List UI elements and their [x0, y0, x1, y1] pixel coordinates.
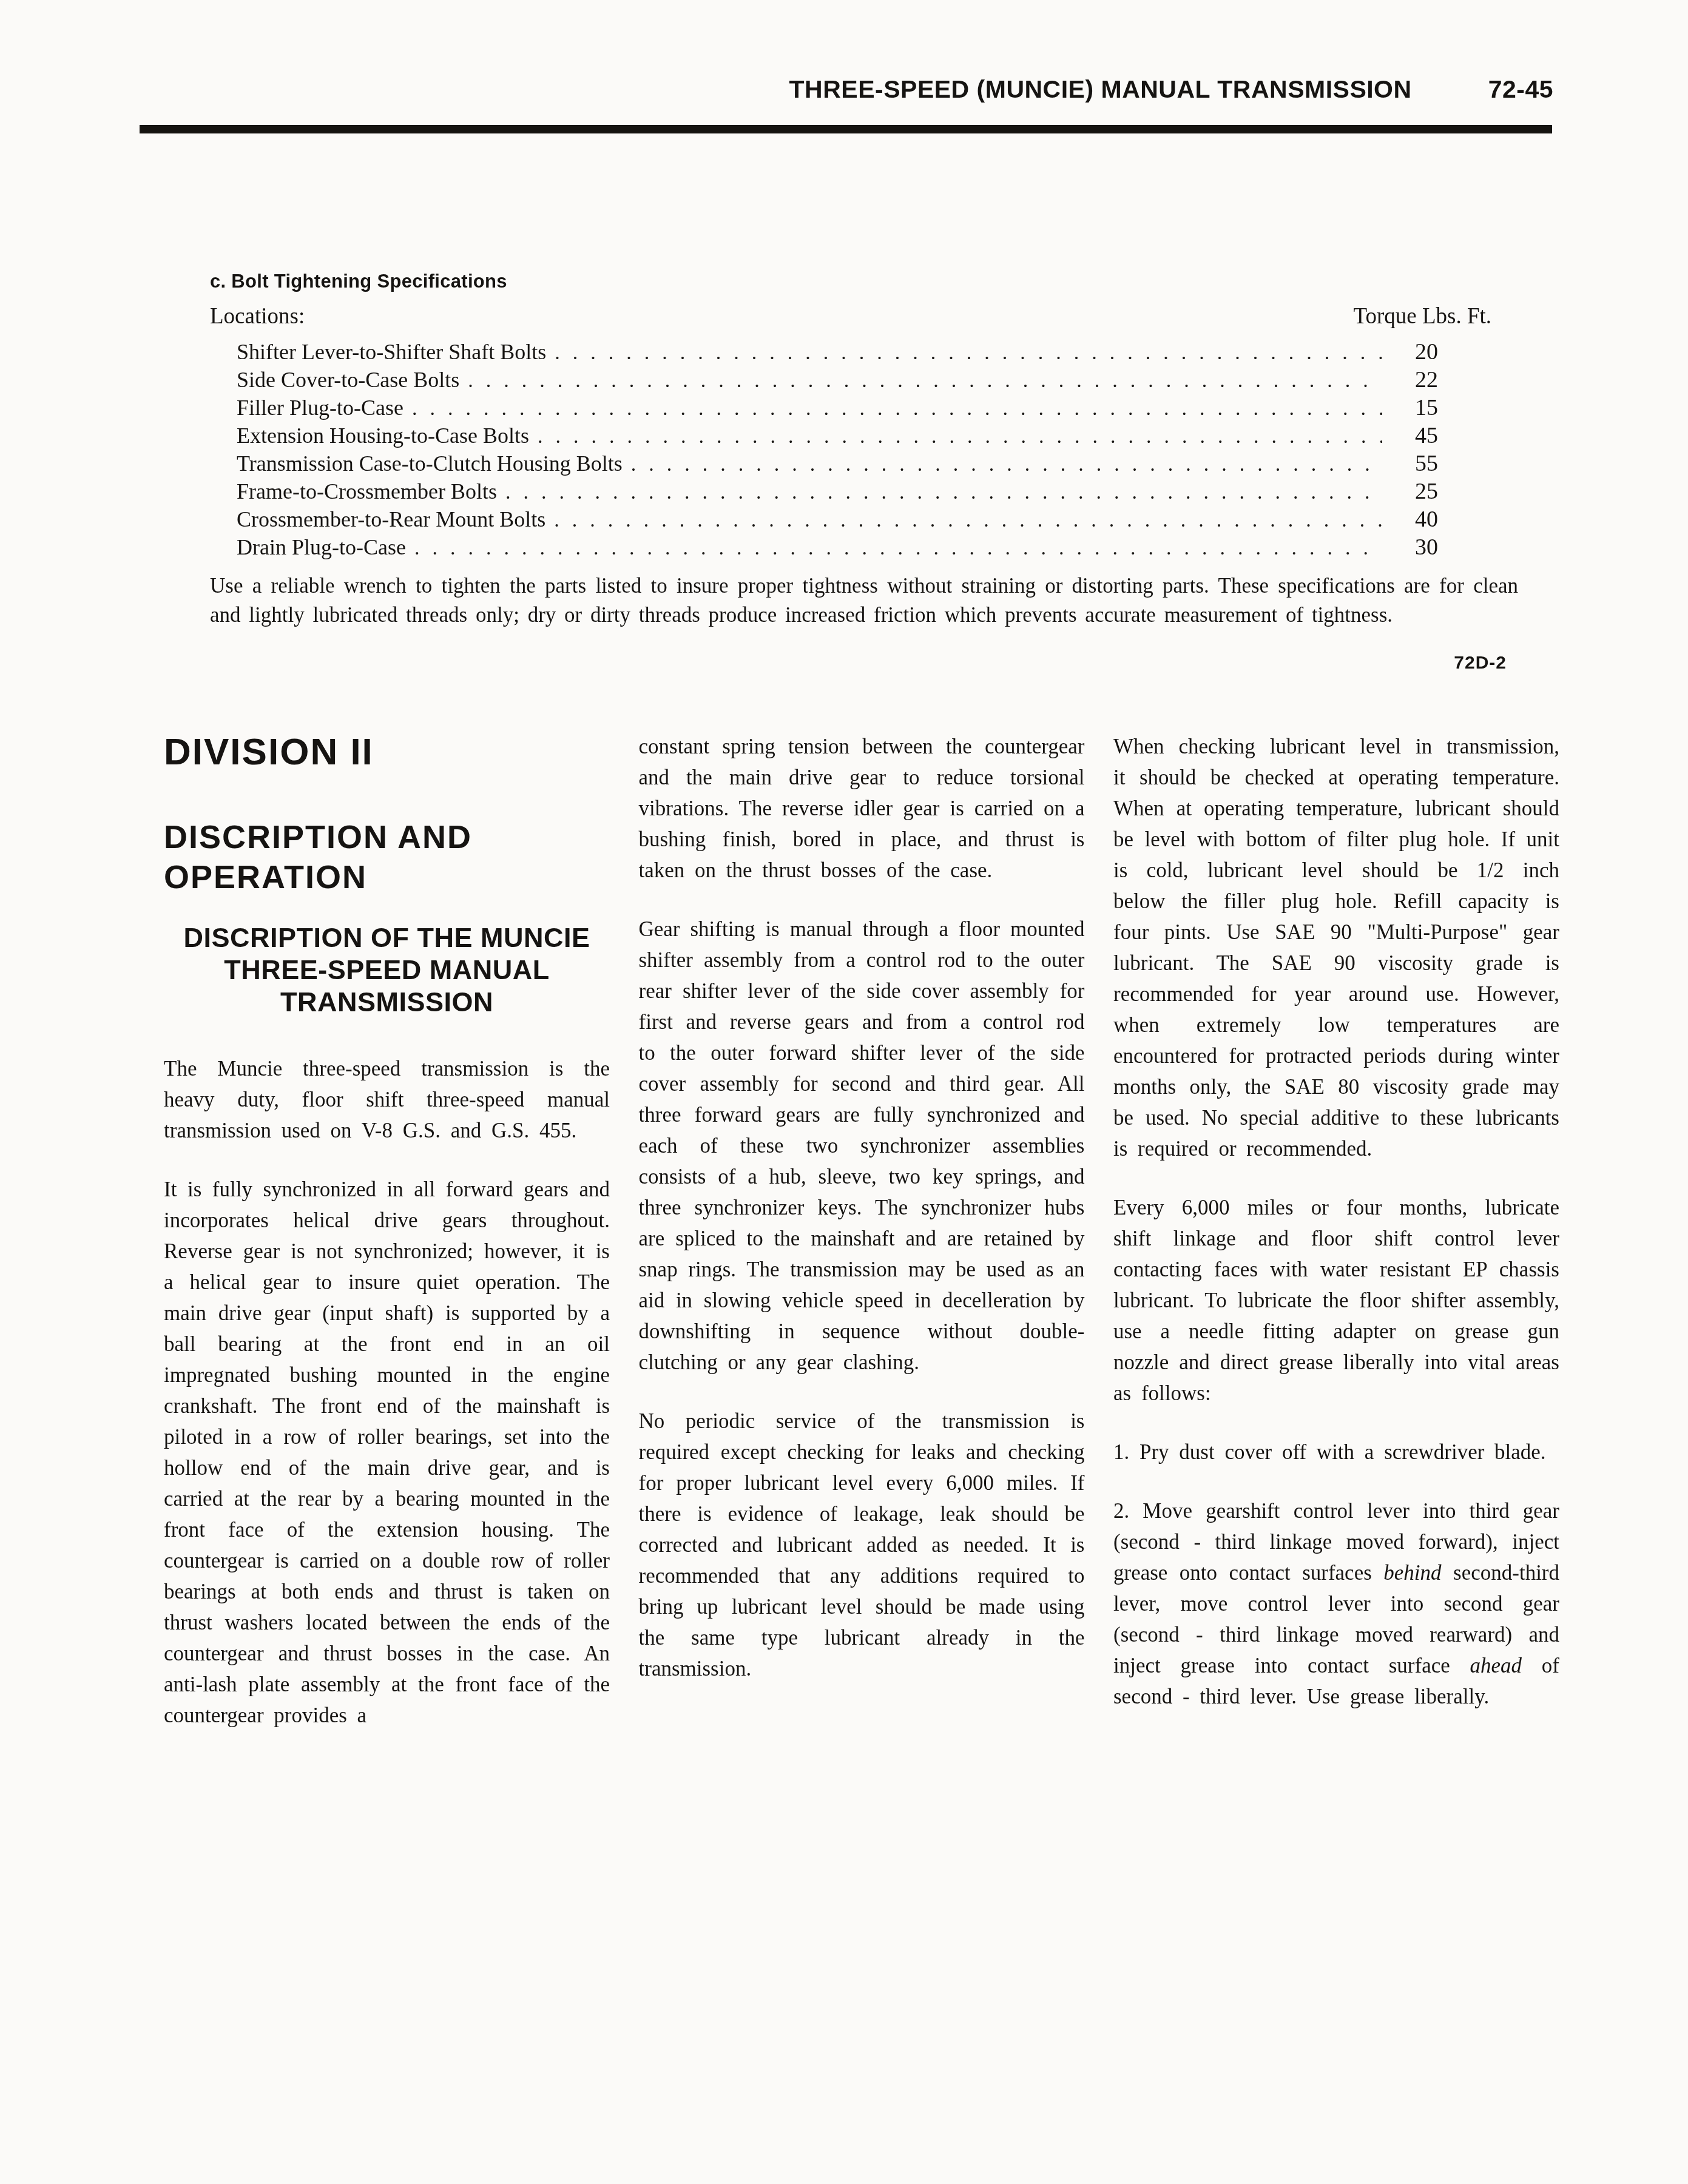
spec-row-label: Frame-to-Crossmember Bolts: [237, 479, 497, 504]
table-row: Shifter Lever-to-Shifter Shaft Bolts 20: [237, 339, 1438, 366]
dotted-leader: [414, 534, 1382, 562]
spec-row-label: Crossmember-to-Rear Mount Bolts: [237, 507, 545, 532]
table-row: Crossmember-to-Rear Mount Bolts 40: [237, 506, 1438, 534]
dotted-leader: [631, 451, 1382, 479]
table-row: Frame-to-Crossmember Bolts 25: [237, 478, 1438, 506]
table-row: Extension Housing-to-Case Bolts 45: [237, 422, 1438, 450]
spec-row-value: 22: [1393, 366, 1438, 393]
body-columns: DIVISION II DISCRIPTION AND OPERATION DI…: [164, 731, 1559, 1731]
table-row: Drain Plug-to-Case 30: [237, 534, 1438, 562]
spec-row-value: 40: [1393, 506, 1438, 533]
numbered-item-2: 2. Move gearshift control lever into thi…: [1113, 1495, 1559, 1712]
spec-table-header: Locations: Torque Lbs. Ft.: [210, 303, 1491, 329]
spec-row-label: Filler Plug-to-Case: [237, 395, 403, 420]
paragraph: It is fully synchronized in all forward …: [164, 1174, 610, 1731]
dotted-leader: [505, 479, 1382, 507]
spec-row-value: 20: [1393, 339, 1438, 365]
table-row: Side Cover-to-Case Bolts 22: [237, 366, 1438, 394]
dotted-leader: [554, 507, 1382, 534]
spec-row-label: Drain Plug-to-Case: [237, 534, 406, 560]
spec-section-heading: c. Bolt Tightening Specifications: [210, 271, 507, 292]
division-subtitle: DISCRIPTION AND OPERATION: [164, 817, 610, 897]
column-2: constant spring tension between the coun…: [639, 731, 1085, 1684]
header-rule-divider: [140, 125, 1552, 133]
spec-row-label: Transmission Case-to-Clutch Housing Bolt…: [237, 451, 623, 476]
spec-row-value: 25: [1393, 478, 1438, 505]
spec-note: Use a reliable wrench to tighten the par…: [210, 571, 1518, 630]
division-subtitle-line-2: OPERATION: [164, 857, 610, 897]
torque-column-label: Torque Lbs. Ft.: [1353, 303, 1491, 329]
paragraph: When checking lubricant level in transmi…: [1113, 731, 1559, 1164]
spec-table: Shifter Lever-to-Shifter Shaft Bolts 20 …: [237, 339, 1438, 562]
column-3: When checking lubricant level in transmi…: [1113, 731, 1559, 1712]
paragraph: Gear shifting is manual through a floor …: [639, 914, 1085, 1378]
manual-page: THREE-SPEED (MUNCIE) MANUAL TRANSMISSION…: [0, 0, 1688, 2184]
column-1: DIVISION II DISCRIPTION AND OPERATION DI…: [164, 731, 610, 1731]
numbered-item-1: 1. Pry dust cover off with a screwdriver…: [1113, 1437, 1559, 1468]
table-row: Transmission Case-to-Clutch Housing Bolt…: [237, 450, 1438, 478]
spec-row-label: Shifter Lever-to-Shifter Shaft Bolts: [237, 339, 546, 365]
topic-heading: DISCRIPTION OF THE MUNCIE THREE-SPEED MA…: [164, 922, 610, 1018]
spec-row-label: Side Cover-to-Case Bolts: [237, 367, 459, 393]
page-header: THREE-SPEED (MUNCIE) MANUAL TRANSMISSION…: [140, 75, 1553, 104]
spec-row-value: 30: [1393, 534, 1438, 561]
paragraph: No periodic service of the transmission …: [639, 1406, 1085, 1684]
locations-label: Locations:: [210, 303, 305, 329]
spec-row-value: 45: [1393, 422, 1438, 449]
spec-row-label: Extension Housing-to-Case Bolts: [237, 423, 529, 448]
page-number: 72-45: [1488, 75, 1553, 104]
item2-italic-behind: behind: [1383, 1561, 1441, 1585]
division-subtitle-line-1: DISCRIPTION AND: [164, 817, 610, 857]
spec-row-value: 15: [1393, 394, 1438, 421]
figure-reference-code: 72D-2: [1454, 653, 1507, 673]
dotted-leader: [538, 423, 1382, 451]
page-title: THREE-SPEED (MUNCIE) MANUAL TRANSMISSION: [789, 75, 1412, 104]
dotted-leader: [412, 395, 1382, 423]
dotted-leader: [555, 339, 1382, 367]
division-title: DIVISION II: [164, 731, 610, 773]
table-row: Filler Plug-to-Case 15: [237, 394, 1438, 422]
item2-italic-ahead: ahead: [1470, 1654, 1522, 1677]
paragraph: The Muncie three-speed transmission is t…: [164, 1053, 610, 1146]
paragraph: Every 6,000 miles or four months, lubric…: [1113, 1192, 1559, 1409]
spec-row-value: 55: [1393, 450, 1438, 477]
dotted-leader: [468, 367, 1382, 395]
paragraph: constant spring tension between the coun…: [639, 731, 1085, 886]
